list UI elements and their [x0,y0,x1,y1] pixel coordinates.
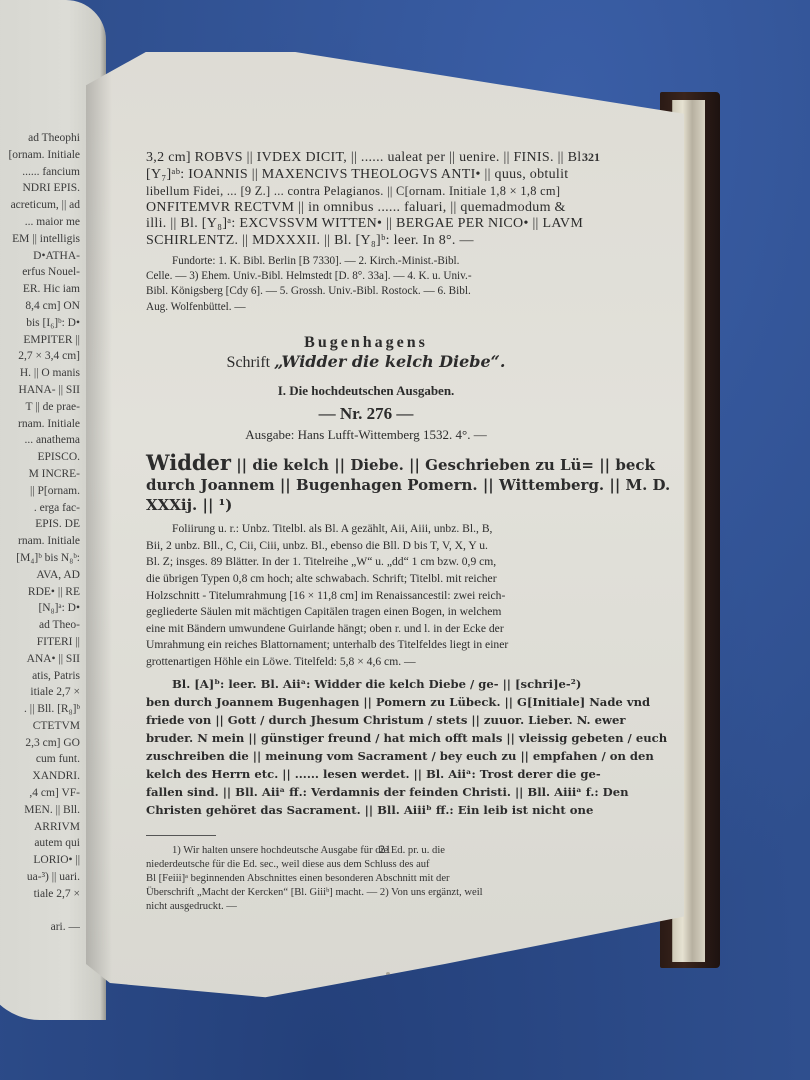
colophon-line: illi. || Bl. [Y₈]ᵃ: EXCVSSVM WITTEN• || … [146,216,586,233]
bibliographic-description: Foliirung u. r.: Unbz. Titelbl. als Bl. … [146,521,586,670]
quote-line: kelch des Herrn etc. || ...... lesen wer… [146,765,586,783]
title-transcription: Widder || die kelch || Diebe. || Geschri… [146,453,586,515]
text-line: RDE• || RE [0,584,80,601]
text-line: cum funt. [0,751,80,768]
text-line: ad Theo- [0,617,80,634]
description-line: Bii, 2 unbz. Bll., C, Cii, Ciii, unbz. B… [146,538,586,555]
colophon-line: [Y₇]ᵃᵇ: IOANNIS || MAXENCIVS THEOLOGVS A… [146,167,586,184]
text-line: ua-³) || uari. [0,869,80,886]
content-transcription: Bl. [A]ᵇ: leer. Bl. Aiiᵃ: Widder die kel… [146,675,586,819]
text-line: D•ATHA- [0,248,80,265]
text-line: CTETVM [0,718,80,735]
text-line: atis, Patris [0,668,80,685]
text-line: H. || O manis [0,365,80,382]
title-line: durch Joannem || Bugenhagen Pomern. || W… [146,475,586,495]
title-initial-word: Widder [146,450,231,475]
text-line: [N₈]ᵃ: D• [0,600,80,617]
heading-title-text: „Widder die kelch Diebe“. [274,352,505,371]
quote-line: fallen sind. || Bll. Aiiᵃ ff.: Verdamnis… [146,783,586,801]
text-line: T || de prae- [0,399,80,416]
paper-spot [386,972,390,976]
text-line: M INCRE- [0,466,80,483]
text-line: rnam. Initiale [0,533,80,550]
quote-line: Bl. [A]ᵇ: leer. Bl. Aiiᵃ: Widder die kel… [146,675,586,693]
description-line: Bl. Z; insges. 89 Blätter. In der 1. Tit… [146,554,586,571]
fundorte-line: Aug. Wolfenbüttel. — [146,300,586,315]
text-line: ER. Hic iam [0,281,80,298]
text-line: FITERI || [0,634,80,651]
text-line: tiale 2,7 × [0,886,80,903]
description-line: Holzschnitt - Titelumrahmung [16 × 11,8 … [146,588,586,605]
title-line: Widder || die kelch || Diebe. || Geschri… [146,453,586,475]
text-line: 8,4 cm] ON [0,298,80,315]
colophon: 3,2 cm] ROBVS || IVDEX DICIT, || ...... … [146,150,586,250]
text-line [0,903,80,920]
text-line: rnam. Initiale [0,416,80,433]
text-line: 2,7 × 3,4 cm] [0,348,80,365]
heading-title-prefix: Schrift [227,354,271,371]
entry-number: — Nr. 276 — [146,406,586,423]
quote-line: bruder. N mein || günstiger freund / hat… [146,729,586,747]
description-line: Foliirung u. r.: Unbz. Titelbl. als Bl. … [146,521,586,538]
description-line: Umrahmung ein reiches Blattornament; unt… [146,637,586,654]
fundorte-line: Fundorte: 1. K. Bibl. Berlin [B 7330]. —… [146,254,586,269]
fundorte-locations: Fundorte: 1. K. Bibl. Berlin [B 7330]. —… [146,254,586,316]
title-line: XXXij. || ¹) [146,495,586,515]
colophon-line: ONFITEMVR RECTVM || in omnibus ...... fa… [146,200,586,217]
description-line: eine mit Bändern umwundene Guirlande hän… [146,621,586,638]
text-line: EPISCO. [0,449,80,466]
text-line: ari. — [0,919,80,936]
text-line: erfus Nouel- [0,264,80,281]
colophon-line: SCHIRLENTZ. || MDXXXII. || Bl. [Y₈]ᵇ: le… [146,233,586,250]
fundorte-line: Bibl. Königsberg [Cdy 6]. — 5. Grossh. U… [146,284,586,299]
text-line: MEN. || Bll. [0,802,80,819]
colophon-line: libellum Fidei, ... [9 Z.] ... contra Pe… [146,183,586,200]
text-line: ... maior me [0,214,80,231]
footnote-line: Bl [Feiii]ᵃ beginnenden Abschnittes eine… [146,872,586,886]
text-line: ... anathema [0,432,80,449]
text-line: ad Theophi [0,130,80,147]
text-line: 2,3 cm] GO [0,735,80,752]
text-line: autem qui [0,835,80,852]
text-line: NDRI EPIS. [0,180,80,197]
left-page-text: ad Theophi [ornam. Initiale ...... fanci… [0,130,80,936]
heading-author: Bugenhagens [146,335,586,352]
quote-line: friede von || Gott / durch Jhesum Christ… [146,711,586,729]
folio-signature: 21 [86,842,684,857]
footnote-line: nicht ausgedruckt. — [146,900,586,914]
footnote-divider [146,835,216,836]
text-line: EM || intelligis [0,231,80,248]
text-line: LORIO• || [0,852,80,869]
text-line: itiale 2,7 × [0,684,80,701]
footnote-line: niederdeutsche für die Ed. sec., weil di… [146,858,586,872]
text-line: ANA• || SII [0,651,80,668]
text-line: bis [I₆]ᵇ: D• [0,315,80,332]
text-line: . || Bll. [R₈]ᵇ [0,701,80,718]
description-line: grottenartigen Höhle ein Löwe. Titelfeld… [146,654,586,671]
main-text-block: 3,2 cm] ROBVS || IVDEX DICIT, || ...... … [146,150,586,915]
quote-line: zuschreiben die || meinung vom Sacrament… [146,747,586,765]
text-line: [M₄]ᵇ bis N₈ᵇ: [0,550,80,567]
text-line: EPIS. DE [0,516,80,533]
right-page: 321 3,2 cm] ROBVS || IVDEX DICIT, || ...… [86,52,684,1002]
text-line: XANDRI. [0,768,80,785]
text-line: ,4 cm] VF- [0,785,80,802]
right-gutter-shadow [86,52,112,1002]
text-line: EMPITER || [0,332,80,349]
description-line: die übrigen Typen 0,8 cm hoch; alte schw… [146,571,586,588]
title-line-text: || die kelch || Diebe. || Geschrieben zu… [231,456,655,474]
text-line: || P[ornam. [0,483,80,500]
text-line: acreticum, || ad [0,197,80,214]
text-line: ARRIVM [0,819,80,836]
section-heading: I. Die hochdeutschen Ausgaben. [146,383,586,400]
quote-line: Christen gehöret das Sacrament. || Bll. … [146,801,586,819]
footnote-line: Überschrift „Macht der Kercken“ [Bl. Gii… [146,886,586,900]
edition-line: Ausgabe: Hans Lufft-Wittemberg 1532. 4°.… [146,427,586,444]
text-line: . erga fac- [0,500,80,517]
heading-title: Schrift „Widder die kelch Diebe“. [146,354,586,372]
text-line: HANA- || SII [0,382,80,399]
text-line: AVA, AD [0,567,80,584]
colophon-line: 3,2 cm] ROBVS || IVDEX DICIT, || ...... … [146,150,586,167]
fundorte-line: Celle. — 3) Ehem. Univ.-Bibl. Helmstedt … [146,269,586,284]
description-line: gegliederte Säulen mit mächtigen Capitäl… [146,604,586,621]
quote-line: ben durch Joannem Bugenhagen || Pomern z… [146,693,586,711]
text-line: [ornam. Initiale [0,147,80,164]
text-line: ...... fancium [0,164,80,181]
